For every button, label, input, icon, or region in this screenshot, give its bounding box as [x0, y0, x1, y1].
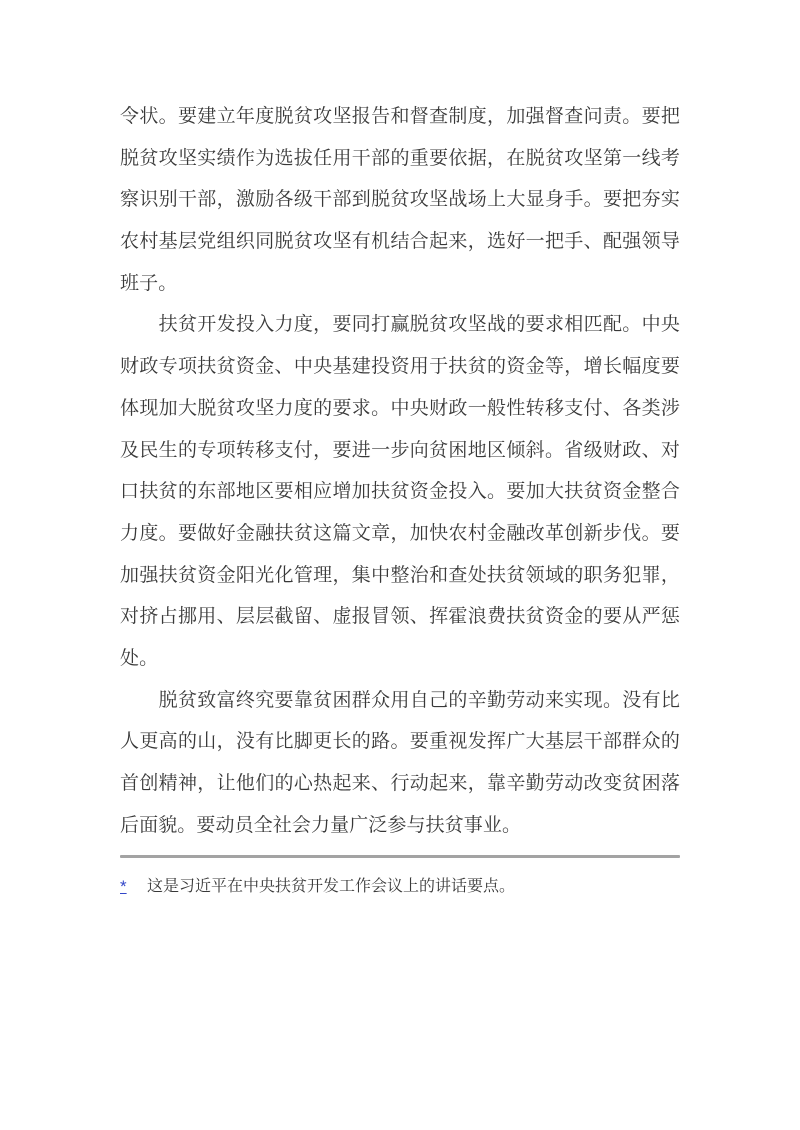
footnote-marker-link[interactable]: * [120, 875, 147, 899]
footnote: * 这是习近平在中央扶贫开发工作会议上的讲话要点。 [120, 875, 680, 899]
text-line: 班子。 [120, 263, 680, 305]
document-body: 令状。要建立年度脱贫攻坚报告和督查制度，加强督查问责。要把 脱贫攻坚实绩作为选拔… [120, 96, 680, 899]
text-line: 对挤占挪用、层层截留、虚报冒领、挥霍浪费扶贫资金的要从严惩 [120, 596, 680, 638]
text-line: 体现加大脱贫攻坚力度的要求。中央财政一般性转移支付、各类涉 [120, 388, 680, 430]
footnote-divider [120, 855, 680, 858]
text-line: 察识别干部，激励各级干部到脱贫攻坚战场上大显身手。要把夯实 [120, 179, 680, 221]
footnote-text: 这是习近平在中央扶贫开发工作会议上的讲话要点。 [147, 875, 515, 899]
paragraph-3: 脱贫致富终究要靠贫困群众用自己的辛勤劳动来实现。没有比 人更高的山，没有比脚更长… [120, 680, 680, 847]
text-line: 农村基层党组织同脱贫攻坚有机结合起来，选好一把手、配强领导 [120, 221, 680, 263]
text-line: 首创精神，让他们的心热起来、行动起来，靠辛勤劳动改变贫困落 [120, 763, 680, 805]
paragraph-2: 扶贫开发投入力度，要同打赢脱贫攻坚战的要求相匹配。中央 财政专项扶贫资金、中央基… [120, 304, 680, 679]
text-line: 后面貌。要动员全社会力量广泛参与扶贫事业。 [120, 805, 680, 847]
text-line: 令状。要建立年度脱贫攻坚报告和督查制度，加强督查问责。要把 [120, 96, 680, 138]
paragraph-1: 令状。要建立年度脱贫攻坚报告和督查制度，加强督查问责。要把 脱贫攻坚实绩作为选拔… [120, 96, 680, 304]
text-line: 脱贫致富终究要靠贫困群众用自己的辛勤劳动来实现。没有比 [120, 680, 680, 722]
text-line: 脱贫攻坚实绩作为选拔任用干部的重要依据，在脱贫攻坚第一线考 [120, 138, 680, 180]
text-line: 加强扶贫资金阳光化管理，集中整治和查处扶贫领域的职务犯罪， [120, 555, 680, 597]
text-line: 及民生的专项转移支付，要进一步向贫困地区倾斜。省级财政、对 [120, 430, 680, 472]
text-line: 口扶贫的东部地区要相应增加扶贫资金投入。要加大扶贫资金整合 [120, 471, 680, 513]
text-line: 力度。要做好金融扶贫这篇文章，加快农村金融改革创新步伐。要 [120, 513, 680, 555]
text-line: 扶贫开发投入力度，要同打赢脱贫攻坚战的要求相匹配。中央 [120, 304, 680, 346]
text-line: 财政专项扶贫资金、中央基建投资用于扶贫的资金等，增长幅度要 [120, 346, 680, 388]
document-page: 令状。要建立年度脱贫攻坚报告和督查制度，加强督查问责。要把 脱贫攻坚实绩作为选拔… [0, 0, 800, 1130]
text-line: 人更高的山，没有比脚更长的路。要重视发挥广大基层干部群众的 [120, 721, 680, 763]
text-line: 处。 [120, 638, 680, 680]
